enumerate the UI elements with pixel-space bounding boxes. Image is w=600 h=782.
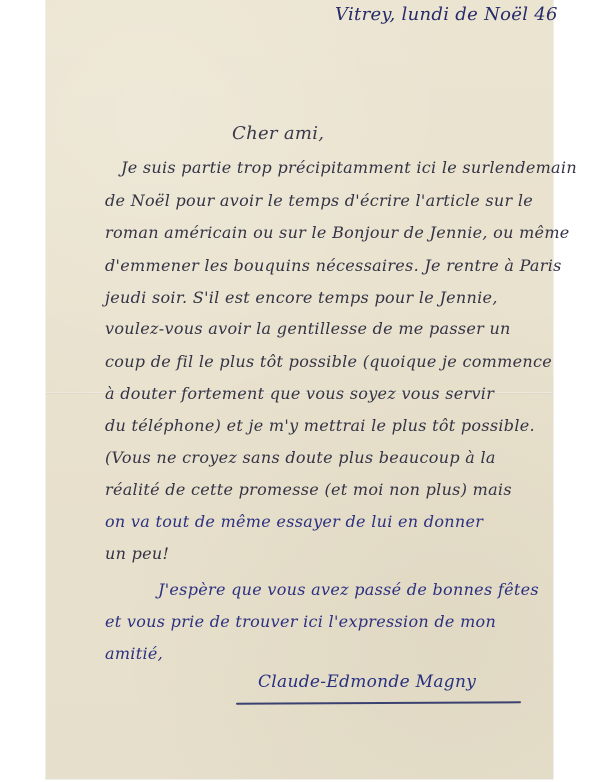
body-line: Je suis partie trop précipitamment ici l… [121, 158, 577, 177]
body-line: coup de fil le plus tôt possible (quoiqu… [105, 352, 552, 371]
body-line: jeudi soir. S'il est encore temps pour l… [105, 288, 498, 307]
signature: Claude-Edmonde Magny [258, 672, 476, 692]
scan-stage: Vitrey, lundi de Noël 46 Cher ami, Je su… [0, 0, 600, 782]
body-line: d'emmener les bouquins nécessaires. Je r… [105, 256, 562, 275]
letter-salutation: Cher ami, [232, 123, 324, 144]
letter-dateline: Vitrey, lundi de Noël 46 [335, 4, 558, 25]
closing-line: amitié, [105, 644, 163, 663]
closing-line: J'espère que vous avez passé de bonnes f… [158, 580, 539, 599]
closing-line: et vous prie de trouver ici l'expression… [105, 612, 496, 631]
body-line: à douter fortement que vous soyez vous s… [105, 384, 494, 403]
body-line: (Vous ne croyez sans doute plus beaucoup… [105, 448, 496, 467]
body-line: roman américain ou sur le Bonjour de Jen… [105, 223, 570, 242]
body-line: on va tout de même essayer de lui en don… [105, 512, 483, 531]
body-line: réalité de cette promesse (et moi non pl… [105, 480, 512, 499]
body-line: de Noël pour avoir le temps d'écrire l'a… [105, 191, 533, 210]
body-line: voulez-vous avoir la gentillesse de me p… [105, 319, 511, 338]
body-line: du téléphone) et je m'y mettrai le plus … [105, 416, 535, 435]
body-line: un peu! [105, 544, 169, 563]
